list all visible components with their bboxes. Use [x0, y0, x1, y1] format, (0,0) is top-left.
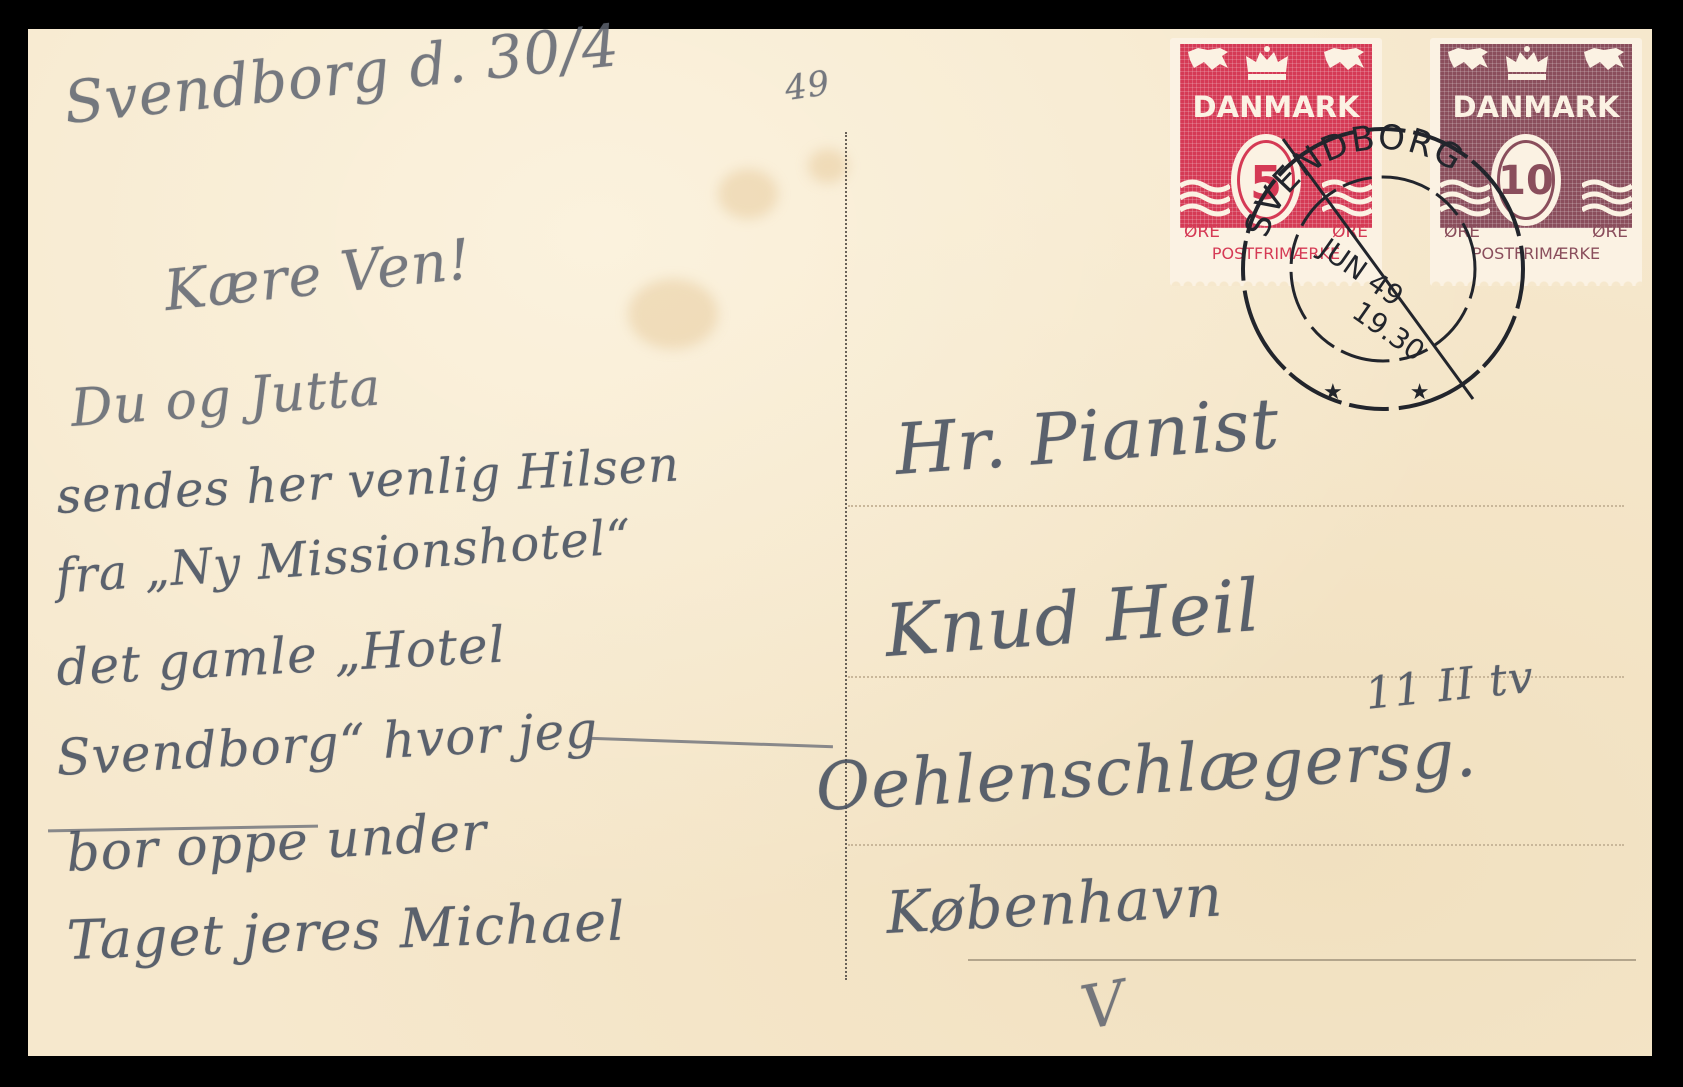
stain	[718, 169, 778, 219]
place-date: Svendborg d. 30/4	[61, 11, 623, 137]
address-recipient-title: Hr. Pianist	[892, 382, 1282, 491]
message-line-6: bor oppe under	[65, 802, 489, 884]
address-line-1	[848, 505, 1624, 507]
waves-icon	[1582, 178, 1632, 218]
address-line-4	[968, 959, 1636, 961]
stamp-country: DANMARK	[1430, 90, 1642, 124]
value-oval: 10	[1491, 134, 1561, 226]
postcard-back: Svendborg d. 30/4 49 Kære Ven! Du og Jut…	[28, 29, 1652, 1056]
stain	[628, 279, 718, 349]
stain	[808, 149, 848, 183]
stamp-currency-right: ØRE	[1592, 222, 1628, 242]
postmark-time: 19.30	[1346, 295, 1431, 368]
address-extra-mark: V	[1076, 967, 1132, 1044]
center-divider	[845, 132, 847, 980]
stamp-10-ore: DANMARK 10 ØRE ØRE POSTFRIMÆRKE	[1430, 38, 1642, 286]
lion-icon	[1320, 44, 1368, 74]
stamp-country: DANMARK	[1170, 90, 1382, 124]
crown-icon	[1242, 46, 1292, 82]
address-city: København	[884, 861, 1224, 947]
stamp-label: POSTFRIMÆRKE	[1430, 244, 1642, 263]
crown-icon	[1502, 46, 1552, 82]
lion-icon	[1184, 44, 1232, 74]
stamp-currency-right: ØRE	[1332, 222, 1368, 242]
greeting: Kære Ven!	[161, 227, 474, 324]
address-line-3	[848, 844, 1624, 846]
year: 49	[782, 63, 832, 109]
lion-icon	[1444, 44, 1492, 74]
stamp-value: 5	[1231, 156, 1301, 210]
address-floor-note: 11 II tv	[1363, 652, 1537, 720]
stamp-currency-left: ØRE	[1444, 222, 1480, 242]
message-line-3: fra „Ny Missionshotel“	[54, 509, 633, 605]
message-line-7-signature: Taget jeres Michael	[66, 890, 627, 972]
lion-icon	[1580, 44, 1628, 74]
stamp-label: POSTFRIMÆRKE	[1170, 244, 1382, 263]
underline-hotel	[588, 737, 833, 749]
waves-icon	[1180, 178, 1230, 218]
stamp-value: 10	[1491, 158, 1561, 204]
waves-icon	[1440, 178, 1490, 218]
address-street: Oehlenschlægersg.	[814, 714, 1479, 826]
stamp-5-ore: DANMARK 5 ØRE ØRE POSTFRIMÆRKE	[1170, 38, 1382, 286]
waves-icon	[1322, 178, 1372, 218]
stamp-currency-left: ØRE	[1184, 222, 1220, 242]
message-line-4: det gamle „Hotel	[55, 616, 507, 697]
value-oval: 5	[1231, 134, 1301, 226]
address-recipient-name: Knud Heil	[882, 563, 1263, 673]
postmark-stars: ★ ★	[1323, 380, 1459, 405]
message-line-1: Du og Jutta	[69, 357, 383, 439]
message-line-5: Svendborg“ hvor jeg	[55, 701, 600, 787]
